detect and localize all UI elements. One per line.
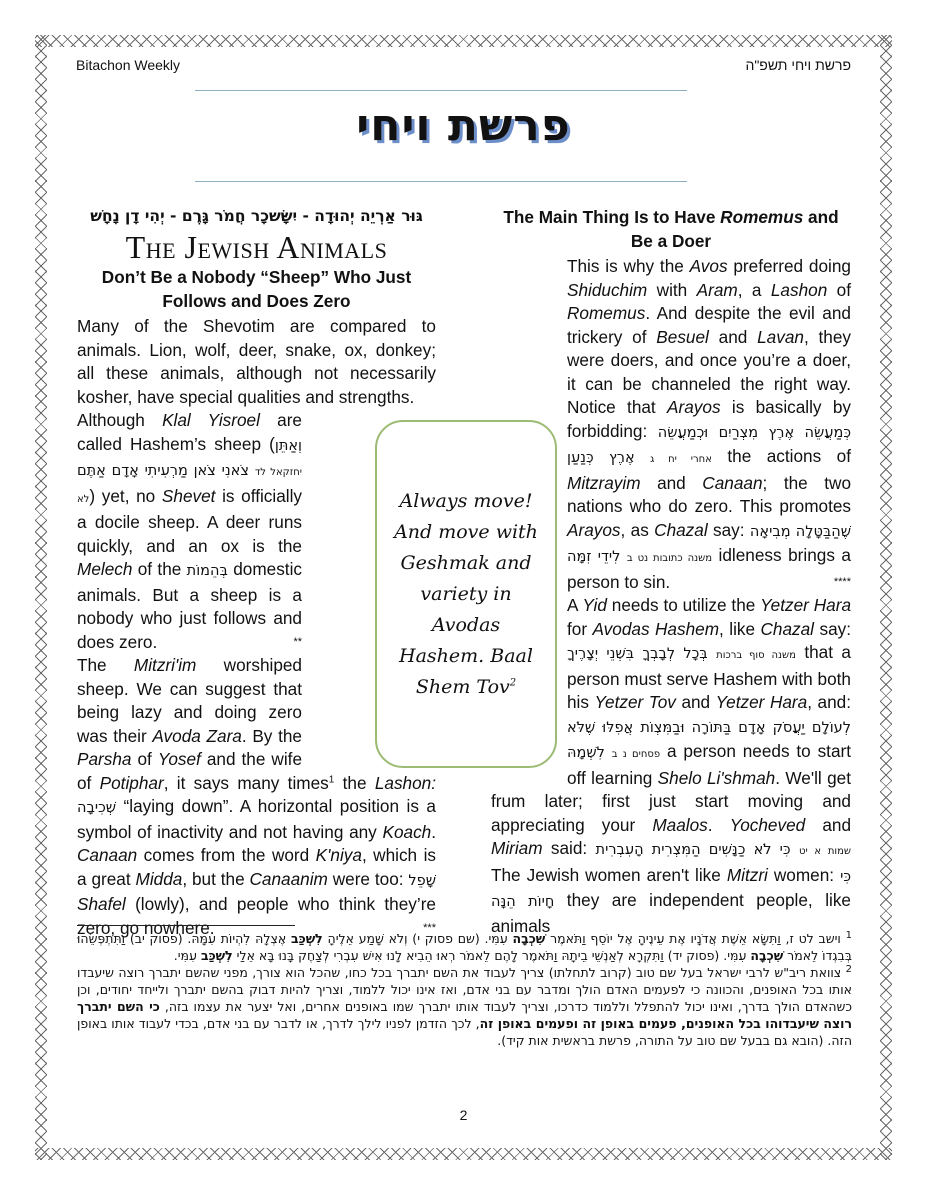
footnote-1: 1 וישב לט ז, וַתִּשָּׂא אֵשֶׁת אֲדֹנָיו … — [77, 930, 852, 964]
title-rule-top — [195, 90, 687, 91]
callout-quote: Always move! And move with Geshmak and v… — [377, 486, 555, 703]
border-right — [880, 35, 892, 1160]
footnote-ref-2[interactable]: 2 — [510, 677, 516, 688]
footnote-separator — [77, 925, 295, 926]
section-break: **** — [834, 571, 851, 595]
page-number: 2 — [0, 1107, 927, 1123]
quote-callout-box: Always move! And move with Geshmak and v… — [375, 420, 557, 768]
section-heading: The Main Thing Is to Have Romemus and Be… — [491, 205, 851, 253]
border-top — [35, 35, 892, 47]
footnotes: 1 וישב לט ז, וַתִּשָּׂא אֵשֶׁת אֲדֹנָיו … — [77, 930, 852, 1049]
border-bottom — [35, 1148, 892, 1160]
border-left — [35, 35, 47, 1160]
header-publication-name: Bitachon Weekly — [76, 57, 180, 73]
article-title: The Jewish Animals — [77, 229, 436, 265]
footnote-2: 2 צוואת ריב"ש לרבי ישראל בעל שם טוב (קרו… — [77, 964, 852, 1049]
title-rule-bottom — [195, 181, 687, 182]
header-parsha-year: פרשת ויחי תשפ"ה — [745, 57, 851, 73]
article-subheading: Don’t Be a Nobody “Sheep” Who Just Follo… — [77, 265, 436, 313]
section-break: ** — [293, 631, 302, 655]
page-title: פרשת ויחי — [0, 100, 927, 151]
hebrew-subtitle: גּוּר אַרְיֵה יְהוּדָה - יִשָּׂשכָר חֲמֹ… — [77, 205, 436, 227]
paragraph: Many of the Shevotim are compared to ani… — [77, 315, 436, 409]
